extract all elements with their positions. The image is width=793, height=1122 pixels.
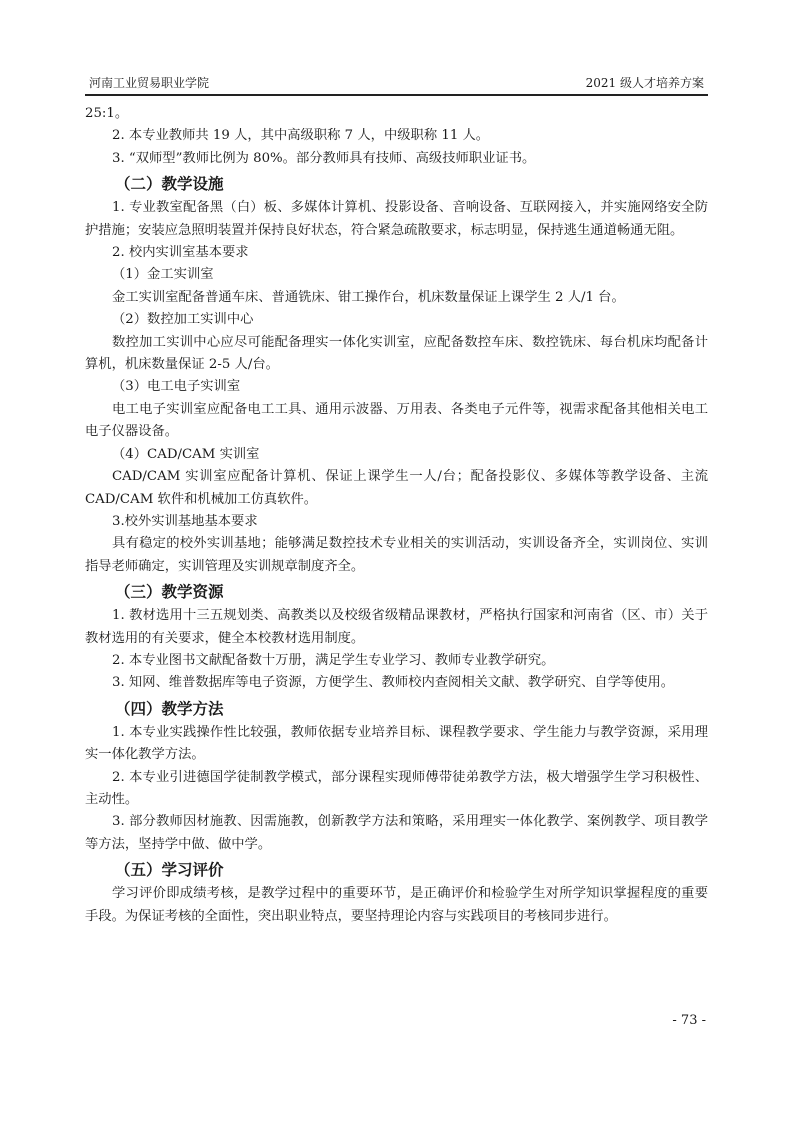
page-header: 河南工业贸易职业学院 2021 级人才培养方案 (85, 74, 708, 96)
section-learning-evaluation: （五）学习评价 学习评价即成绩考核，是教学过程中的重要环节，是正确评价和检验学生… (85, 859, 708, 928)
paragraph: 1. 本专业实践操作性比较强，教师依据专业培养目标、课程教学要求、学生能力与教学… (85, 722, 708, 767)
paragraph: 3. “双师型”教师比例为 80%。部分教师具有技师、高级技师职业证书。 (85, 148, 708, 170)
paragraph: 3.校外实训基地基本要求 (85, 511, 708, 533)
paragraph-continuation: 25:1。 (85, 103, 708, 125)
paragraph: 1. 专业教室配备黑（白）板、多媒体计算机、投影设备、音响设备、互联网接入，并实… (85, 197, 708, 242)
section-heading: （三）教学资源 (85, 581, 708, 604)
institution-name: 河南工业贸易职业学院 (89, 75, 209, 91)
paragraph: 电工电子实训室应配备电工工具、通用示波器、万用表、各类电子元件等，视需求配备其他… (85, 399, 708, 444)
section-teaching-methods: （四）教学方法 1. 本专业实践操作性比较强，教师依据专业培养目标、课程教学要求… (85, 698, 708, 856)
paragraph: 1. 教材选用十三五规划类、高教类以及校级省级精品课教材，严格执行国家和河南省（… (85, 605, 708, 650)
paragraph: 2. 校内实训室基本要求 (85, 242, 708, 264)
paragraph: 2. 本专业引进德国学徒制教学模式，部分课程实现师傅带徒弟教学方法，极大增强学生… (85, 767, 708, 812)
paragraph: （3）电工电子实训室 (85, 376, 708, 398)
paragraph: （4）CAD/CAM 实训室 (85, 444, 708, 466)
paragraph: 具有稳定的校外实训基地；能够满足数控技术专业相关的实训活动，实训设备齐全，实训岗… (85, 533, 708, 578)
section-heading: （四）教学方法 (85, 698, 708, 721)
document-body: 25:1。 2. 本专业教师共 19 人，其中高级职称 7 人，中级职称 11 … (85, 103, 708, 928)
paragraph: （1）金工实训室 (85, 264, 708, 286)
paragraph: CAD/CAM 实训室应配备计算机、保证上课学生一人/台；配备投影仪、多媒体等教… (85, 466, 708, 511)
section-teaching-facilities: （二）教学设施 1. 专业教室配备黑（白）板、多媒体计算机、投影设备、音响设备、… (85, 173, 708, 578)
section-heading: （五）学习评价 (85, 859, 708, 882)
section-teaching-resources: （三）教学资源 1. 教材选用十三五规划类、高教类以及校级省级精品课教材，严格执… (85, 581, 708, 695)
paragraph: 3. 部分教师因材施教、因需施教，创新教学方法和策略，采用理实一体化教学、案例教… (85, 811, 708, 856)
paragraph: 2. 本专业图书文献配备数十万册，满足学生专业学习、教师专业教学研究。 (85, 650, 708, 672)
paragraph: 2. 本专业教师共 19 人，其中高级职称 7 人，中级职称 11 人。 (85, 125, 708, 147)
paragraph: （2）数控加工实训中心 (85, 309, 708, 331)
section-heading: （二）教学设施 (85, 173, 708, 196)
page-number: - 73 - (672, 1013, 706, 1028)
document-title: 2021 级人才培养方案 (586, 75, 704, 91)
paragraph: 数控加工实训中心应尽可能配备理实一体化实训室，应配备数控车床、数控铣床、每台机床… (85, 332, 708, 377)
paragraph: 3. 知网、维普数据库等电子资源，方便学生、教师校内查阅相关文献、教学研究、自学… (85, 672, 708, 694)
paragraph: 金工实训室配备普通车床、普通铣床、钳工操作台，机床数量保证上课学生 2 人/1 … (85, 287, 708, 309)
paragraph: 学习评价即成绩考核，是教学过程中的重要环节，是正确评价和检验学生对所学知识掌握程… (85, 883, 708, 928)
